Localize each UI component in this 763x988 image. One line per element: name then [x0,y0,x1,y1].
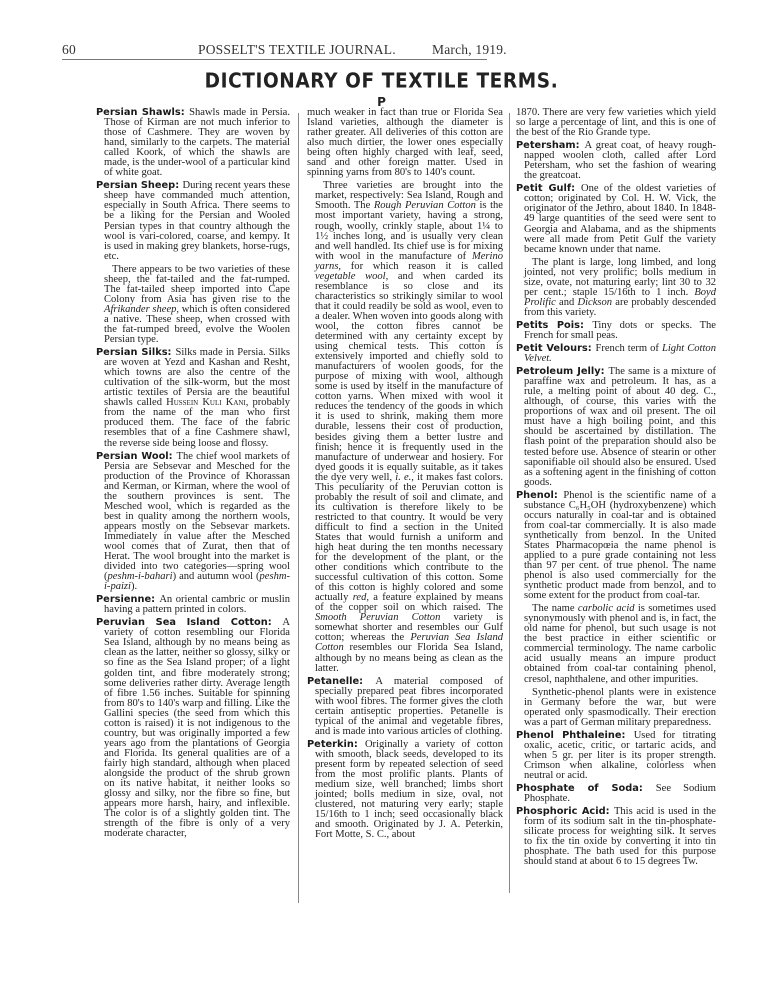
entry-paragraph: Synthetic-phenol plants were in existenc… [516,688,716,728]
entry-text: Originally a variety of cotton with smoo… [315,739,503,840]
dictionary-entry: Persian SilksSilks made in Persia. Silks… [96,348,290,448]
entry-paragraph: The name carbolic acid is sometimes used… [516,604,716,684]
entry-text: 1870. There are very few varieties which… [516,107,716,138]
dictionary-entry: Phenol PhthaleineUsed for titrating oxal… [516,731,716,781]
entry-text: The same is a mixture of paraffine wax a… [524,366,716,488]
paragraph-text: is sometimes used synonymously with phen… [524,603,716,684]
paragraph-text: it makes fast colors. This peculiarity o… [315,472,503,604]
dictionary-entry: PetershamA great coat, of heavy rough-na… [516,141,716,181]
dictionary-entry: Persian WoolThe chief wool markets of Pe… [96,452,290,593]
dictionary-entry: Peruvian Sea Island CottonA variety of c… [96,618,290,839]
column-3: 1870. There are very few varieties which… [516,108,716,870]
entry-continuation: 1870. There are very few varieties which… [516,108,716,138]
dictionary-entry: Persian SheepDuring recent years these s… [96,181,290,261]
dictionary-entry: Petit VeloursFrench term of Light Cotton… [516,344,716,364]
entry-text: French term of [595,343,661,354]
entry-text: The chief wool markets of Persia are Seb… [104,451,290,583]
entry-text: much weaker in fact than true or Florida… [307,107,503,178]
header-rule [62,59,487,60]
column-2: much weaker in fact than true or Florida… [307,108,503,843]
dictionary-entry: Petroleum JellyThe same is a mixture of … [516,367,716,488]
page-number: 60 [62,42,76,58]
dictionary-entry: PersienneAn oriental cambric or muslin h… [96,595,290,615]
entry-paragraph: The plant is large, long limbed, and lon… [516,258,716,318]
entry-text: One of the oldest varieties of cotton; o… [524,183,716,254]
paragraph-text: resembles our Florida Sea Island, althou… [315,642,503,673]
entry-text: A variety of cotton resembling our Flori… [104,617,290,839]
paragraph-text: The plant is large, long limbed, and lon… [524,257,716,298]
dictionary-entry: PetanelleA material composed of speciall… [307,677,503,737]
dictionary-entry: Phosphate of SodaSee Sodium Phosphate. [516,784,716,804]
entry-text: This acid is used in the form of its sod… [524,806,716,867]
dictionary-entry: PhenolPhenol is the scientific name of a… [516,491,716,602]
entry-paragraph: Three varieties are brought into the mar… [307,181,503,673]
dictionary-entry: Petit GulfOne of the oldest varieties of… [516,184,716,254]
column-1: Persian ShawlsShawls made in Persia. Tho… [96,108,290,842]
dictionary-entry: PeterkinOriginally a variety of cotton w… [307,740,503,840]
dictionary-entry: Petits PoisTiny dots or specks. The Fren… [516,321,716,341]
dictionary-entry: Phosphoric AcidThis acid is used in the … [516,807,716,867]
entry-text: During recent years these sheep have com… [104,180,290,261]
journal-title: POSSELT'S TEXTILE JOURNAL. [198,42,396,58]
entry-text: A material composed of specially prepare… [315,676,503,737]
entry-text: Phenol is the scientific name of a subst… [524,490,716,601]
paragraph-text: There appears to be two varieties of the… [104,264,290,305]
page-title: DICTIONARY OF TEXTILE TERMS. [0,70,763,93]
paragraph-text: and when carded its resemblance is so cl… [315,271,503,483]
entry-continuation: much weaker in fact than true or Florida… [307,108,503,178]
dictionary-entry: Persian ShawlsShawls made in Persia. Tho… [96,108,290,178]
column-rule [509,113,510,893]
issue-date: March, 1919. [432,42,507,58]
entry-text: ) and autumn wool ( [173,571,260,582]
column-rule [298,113,299,903]
entry-text: Shawls made in Persia. Those of Kirman a… [104,107,290,178]
paragraph-text: Synthetic-phenol plants were in existenc… [524,687,716,728]
entry-paragraph: There appears to be two varieties of the… [96,265,290,345]
entry-text: ). [131,581,137,592]
